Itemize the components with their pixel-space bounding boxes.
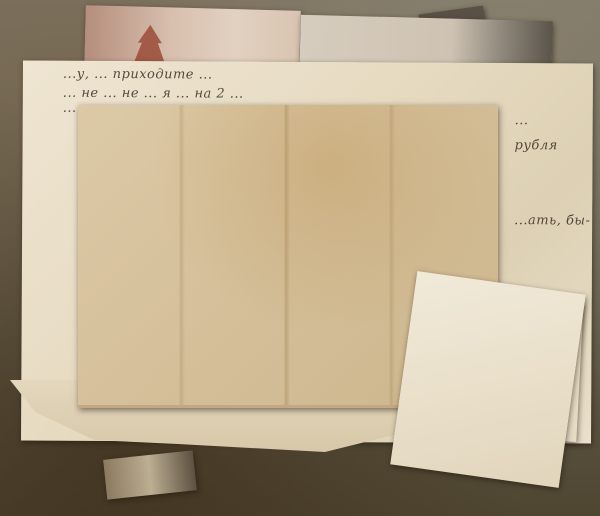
handwriting-line: ...ать, бы- <box>514 213 590 228</box>
handwriting-line: ... <box>63 101 77 116</box>
handwriting-line: ... <box>515 113 529 128</box>
handwriting-line: ... не ... не ... я ... на 2 ... <box>63 86 244 102</box>
handwriting-line: ...у, ... приходите ... <box>63 67 213 83</box>
handwriting-line: рубля <box>515 138 558 153</box>
blank-note-card <box>390 271 585 488</box>
